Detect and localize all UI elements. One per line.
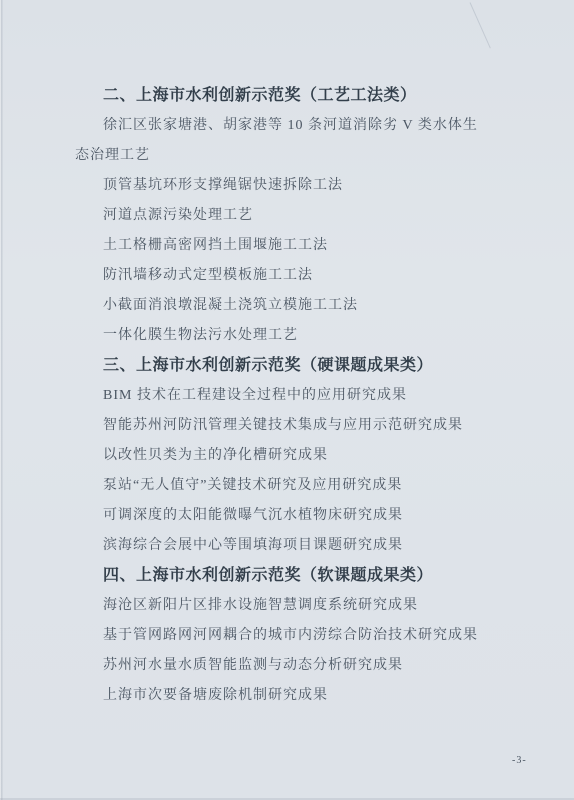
award-item: 基于管网路网河网耦合的城市内涝综合防治技术研究成果: [75, 621, 490, 651]
award-item: 海沧区新阳片区排水设施智慧调度系统研究成果: [75, 591, 490, 621]
section-heading-2: 二、上海市水利创新示范奖（工艺工法类）: [75, 81, 490, 111]
page-number: -3-: [512, 755, 527, 766]
section-heading-4: 四、上海市水利创新示范奖（软课题成果类）: [75, 561, 490, 591]
scanned-document-page: 二、上海市水利创新示范奖（工艺工法类） 徐汇区张家塘港、胡家港等 10 条河道消…: [0, 0, 574, 800]
scan-fold-artifact: [470, 2, 491, 48]
scan-edge-artifact: [0, 0, 3, 800]
document-body: 二、上海市水利创新示范奖（工艺工法类） 徐汇区张家塘港、胡家港等 10 条河道消…: [75, 81, 490, 711]
award-item: 以改性贝类为主的净化槽研究成果: [75, 441, 490, 471]
award-item: 顶管基坑环形支撑绳锯快速拆除工法: [75, 171, 490, 201]
award-item: 智能苏州河防汛管理关键技术集成与应用示范研究成果: [75, 411, 490, 441]
award-item: 一体化膜生物法污水处理工艺: [75, 321, 490, 351]
award-item: 上海市次要备塘废除机制研究成果: [75, 681, 490, 711]
section-soft-research-results: 四、上海市水利创新示范奖（软课题成果类） 海沧区新阳片区排水设施智慧调度系统研究…: [75, 561, 490, 711]
award-item: 泵站“无人值守”关键技术研究及应用研究成果: [75, 471, 490, 501]
section-process-methods: 二、上海市水利创新示范奖（工艺工法类） 徐汇区张家塘港、胡家港等 10 条河道消…: [75, 81, 490, 351]
award-item: 小截面消浪墩混凝土浇筑立模施工工法: [75, 291, 490, 321]
award-item: 河道点源污染处理工艺: [75, 201, 490, 231]
award-item: 滨海综合会展中心等围填海项目课题研究成果: [75, 531, 490, 561]
award-item: BIM 技术在工程建设全过程中的应用研究成果: [75, 381, 490, 411]
award-item: 苏州河水量水质智能监测与动态分析研究成果: [75, 651, 490, 681]
award-item: 防汛墙移动式定型模板施工工法: [75, 261, 490, 291]
award-item: 徐汇区张家塘港、胡家港等 10 条河道消除劣 V 类水体生态治理工艺: [75, 111, 490, 171]
award-item: 可调深度的太阳能微曝气沉水植物床研究成果: [75, 501, 490, 531]
award-item: 土工格栅高密网挡土围堰施工工法: [75, 231, 490, 261]
section-hard-research-results: 三、上海市水利创新示范奖（硬课题成果类） BIM 技术在工程建设全过程中的应用研…: [75, 351, 490, 561]
section-heading-3: 三、上海市水利创新示范奖（硬课题成果类）: [75, 351, 490, 381]
